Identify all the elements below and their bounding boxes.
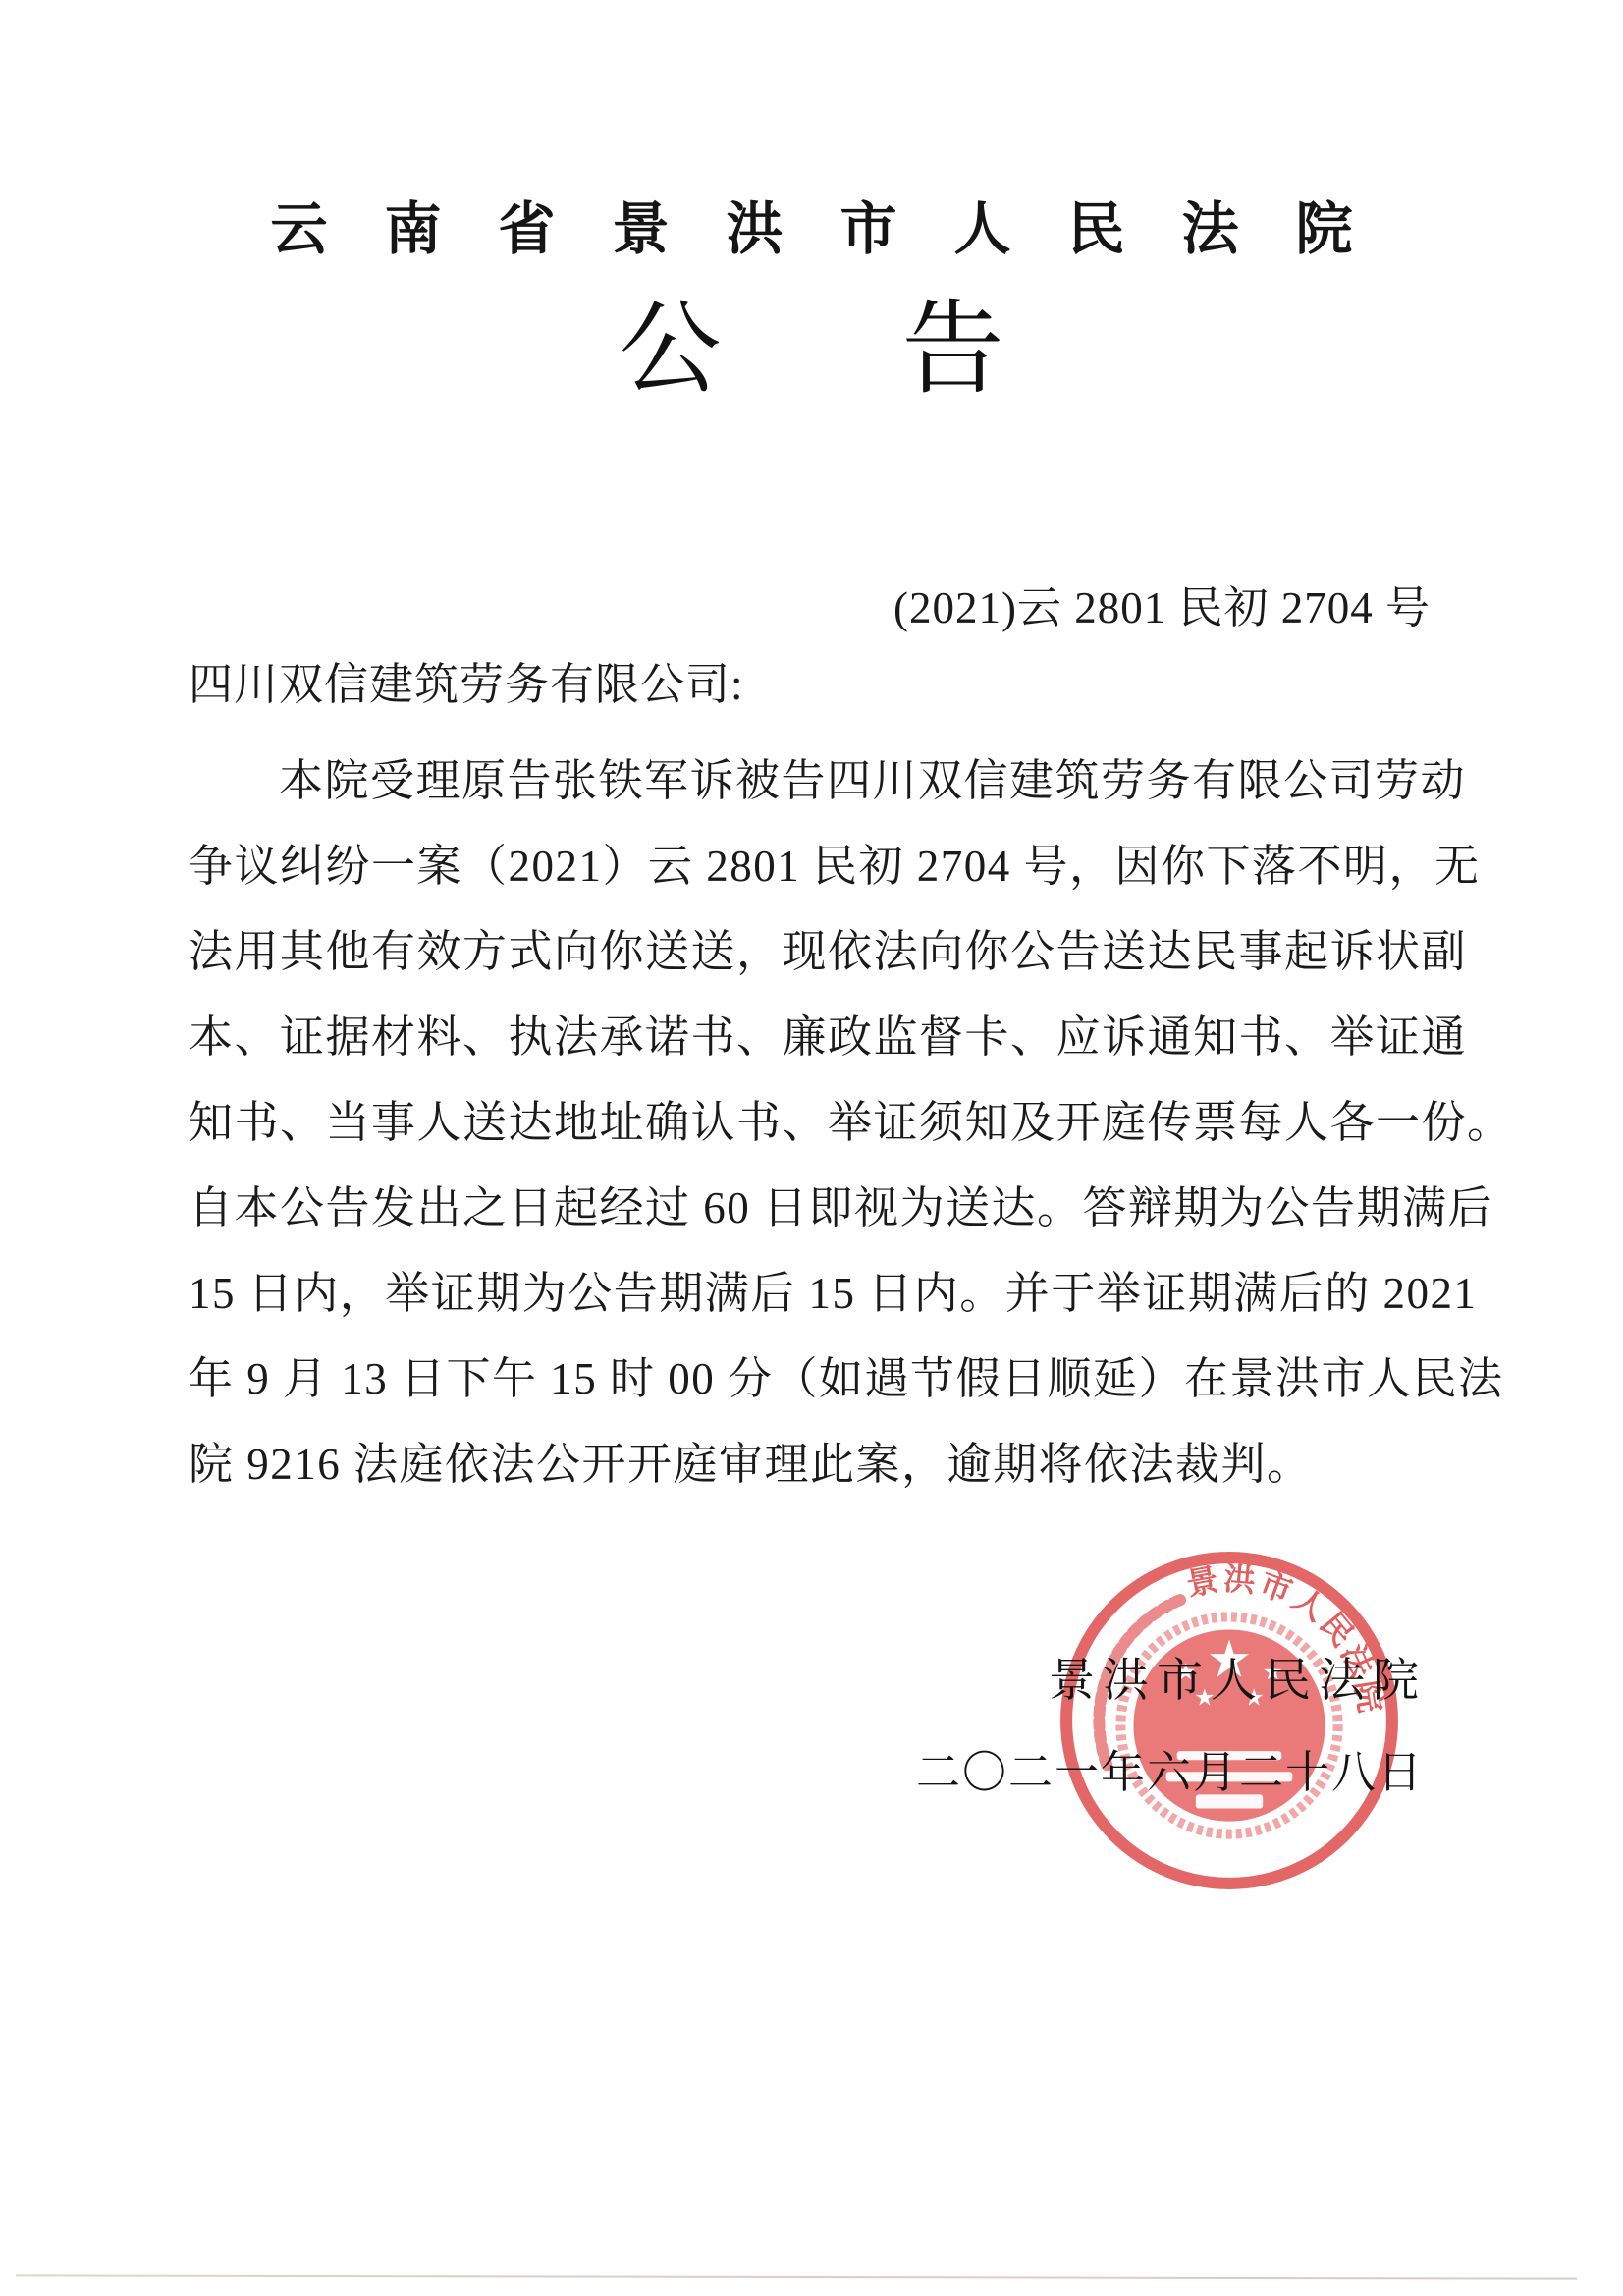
body-line: 争议纠纷一案（2021）云 2801 民初 2704 号，因你下落不明，无 xyxy=(189,824,1437,909)
signature-court-name: 景洪市人民法院 xyxy=(1049,1644,1427,1710)
body-line: 本院受理原告张铁军诉被告四川双信建筑劳务有限公司劳动 xyxy=(189,738,1437,824)
body-line: 自本公告发出之日起经过 60 日即视为送达。答辩期为公告期满后 xyxy=(189,1166,1437,1251)
official-court-seal: 景洪市人民法院 xyxy=(1051,1542,1408,1899)
body-line: 院 9216 法庭依法公开开庭审理此案，逾期将依法裁判。 xyxy=(189,1422,1437,1507)
notice-title-char-1: 公 xyxy=(619,295,721,407)
document-page: 云南省景洪市人民法院 公 告 (2021)云 2801 民初 2704 号 四川… xyxy=(0,0,1623,2296)
addressee-company-name: 四川双信建筑劳务有限公司: xyxy=(189,648,744,712)
notice-title-char-2: 告 xyxy=(902,295,1004,407)
notice-title: 公 告 xyxy=(0,295,1623,407)
court-title: 云南省景洪市人民法院 xyxy=(0,183,1623,265)
case-number: (2021)云 2801 民初 2704 号 xyxy=(893,572,1431,635)
body-line: 本、证据材料、执法承诺书、廉政监督卡、应诉通知书、举证通 xyxy=(189,995,1437,1080)
signature-date: 二〇二一年六月二十八日 xyxy=(916,1736,1424,1800)
body-line: 年 9 月 13 日下午 15 时 00 分（如遇节假日顺延）在景洪市人民法 xyxy=(189,1337,1437,1422)
body-line: 知书、当事人送达地址确认书、举证须知及开庭传票每人各一份。 xyxy=(189,1080,1437,1166)
body-line: 法用其他有效方式向你送送，现依法向你公告送达民事起诉状副 xyxy=(189,909,1437,995)
notice-body: 本院受理原告张铁军诉被告四川双信建筑劳务有限公司劳动 争议纠纷一案（2021）云… xyxy=(189,738,1437,1507)
body-line: 15 日内，举证期为公告期满后 15 日内。并于举证期满后的 2021 xyxy=(189,1251,1437,1337)
scan-edge-line xyxy=(16,2274,1577,2279)
